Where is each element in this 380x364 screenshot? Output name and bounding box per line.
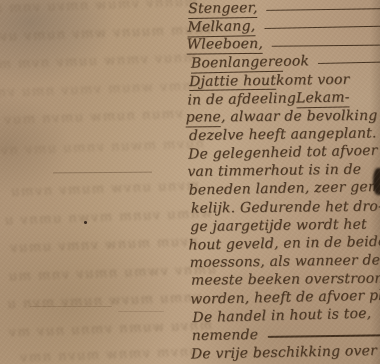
bleed-through-strokes: mnvu wumn vmnu nuv mv <box>2 318 212 340</box>
handwritten-text: ook <box>283 54 309 71</box>
handwritten-text: kelijk. Gedurende het dro- <box>191 198 380 216</box>
handwritten-text: pene <box>186 109 222 127</box>
faint-ghost-rule <box>30 306 112 307</box>
bleed-through-strokes: vnmu muvw numv mvn u <box>0 290 201 312</box>
faint-margin-line <box>53 172 152 174</box>
handwritten-text: Djattie hout <box>189 72 276 91</box>
bleed-through-strokes: mnuv vmnw uumv nvm mu <box>0 51 196 73</box>
handwritten-text: komt voor <box>276 71 350 88</box>
handwritten-text: nemende <box>192 327 259 344</box>
ink-rule <box>267 8 380 11</box>
handwritten-text: Stengeer, <box>188 0 258 18</box>
manuscript-line: kelijk. Gedurende het dro- <box>191 198 380 218</box>
handwritten-text: worden, heeft de afvoer plaats. <box>190 287 380 308</box>
bleed-through-strokes: unmv wnum vmuv nmu vn <box>6 79 201 101</box>
handwritten-text: De handel in hout is toe, <box>192 306 371 326</box>
handwritten-text: De gelegenheid tot afvoer <box>188 143 378 163</box>
bleed-through-strokes: wnmu vunm mvwn umnv u <box>2 206 212 228</box>
handwritten-text: Boenlangere <box>191 54 284 73</box>
manuscript-line: beneden landen, zeer gemak- <box>188 179 380 201</box>
handwritten-text: moessons, als wanneer de <box>190 252 380 271</box>
ink-rule <box>264 26 380 30</box>
handwritten-text: Melkang, <box>187 18 255 37</box>
handwritten-text-column: Stengeer,Melkang,Wleeboen,Boenlangere oo… <box>186 0 380 364</box>
handwritten-text: Lekam- <box>296 89 350 108</box>
bleed-through-strokes: nvum munw vnmv umuv <box>0 235 198 257</box>
bleed-through-strokes: vnum muunv wmv numv uv <box>2 22 212 44</box>
manuscript-page: munnv vmuw nmvu vnm umvnum muunv wmv num… <box>0 0 380 364</box>
bleed-through-strokes: munnv vmuw nmvu vnm um <box>0 0 197 17</box>
faint-ghost-rule <box>118 311 164 312</box>
page-edge-notch <box>373 168 380 195</box>
handwritten-text: van timmerhout is in de <box>187 162 361 180</box>
bleed-through-strokes: nuvm mwun vnmu umv nv <box>4 137 204 159</box>
handwritten-text: ge jaargetijde wordt het <box>190 216 367 234</box>
manuscript-line: De vrije beschikking over <box>191 342 380 364</box>
handwritten-text: in de afdeeling <box>187 90 296 108</box>
manuscript-line: pene, alwaar de bevolking <box>186 108 380 128</box>
handwritten-text: De vrije beschikking over <box>191 343 377 363</box>
ink-rule <box>267 334 380 337</box>
handwritten-text: , alwaar de bevolking <box>221 108 378 125</box>
handwritten-text: beneden landen, zeer gemak- <box>188 179 380 199</box>
ink-fleck <box>84 221 87 224</box>
handwritten-text: Wleeboen, <box>187 36 264 54</box>
bleed-through-strokes: vmun numw umvn muv <box>0 107 183 128</box>
handwritten-text: dezelve heeft aangeplant. <box>189 125 377 144</box>
handwritten-text: meeste beeken overstroomd, <box>191 271 380 289</box>
ink-rule <box>318 62 380 65</box>
ink-rule <box>272 45 380 48</box>
bleed-through-strokes: umnv vwmu nmuv vnm mu <box>6 262 216 284</box>
handwritten-text: hout geveld, en in de beide <box>188 234 380 254</box>
bleed-through-strokes: mvnu unvw mumv nvmu <box>0 178 199 200</box>
bleed-through-strokes: unvm vmnw muvn nmv <box>0 345 198 364</box>
